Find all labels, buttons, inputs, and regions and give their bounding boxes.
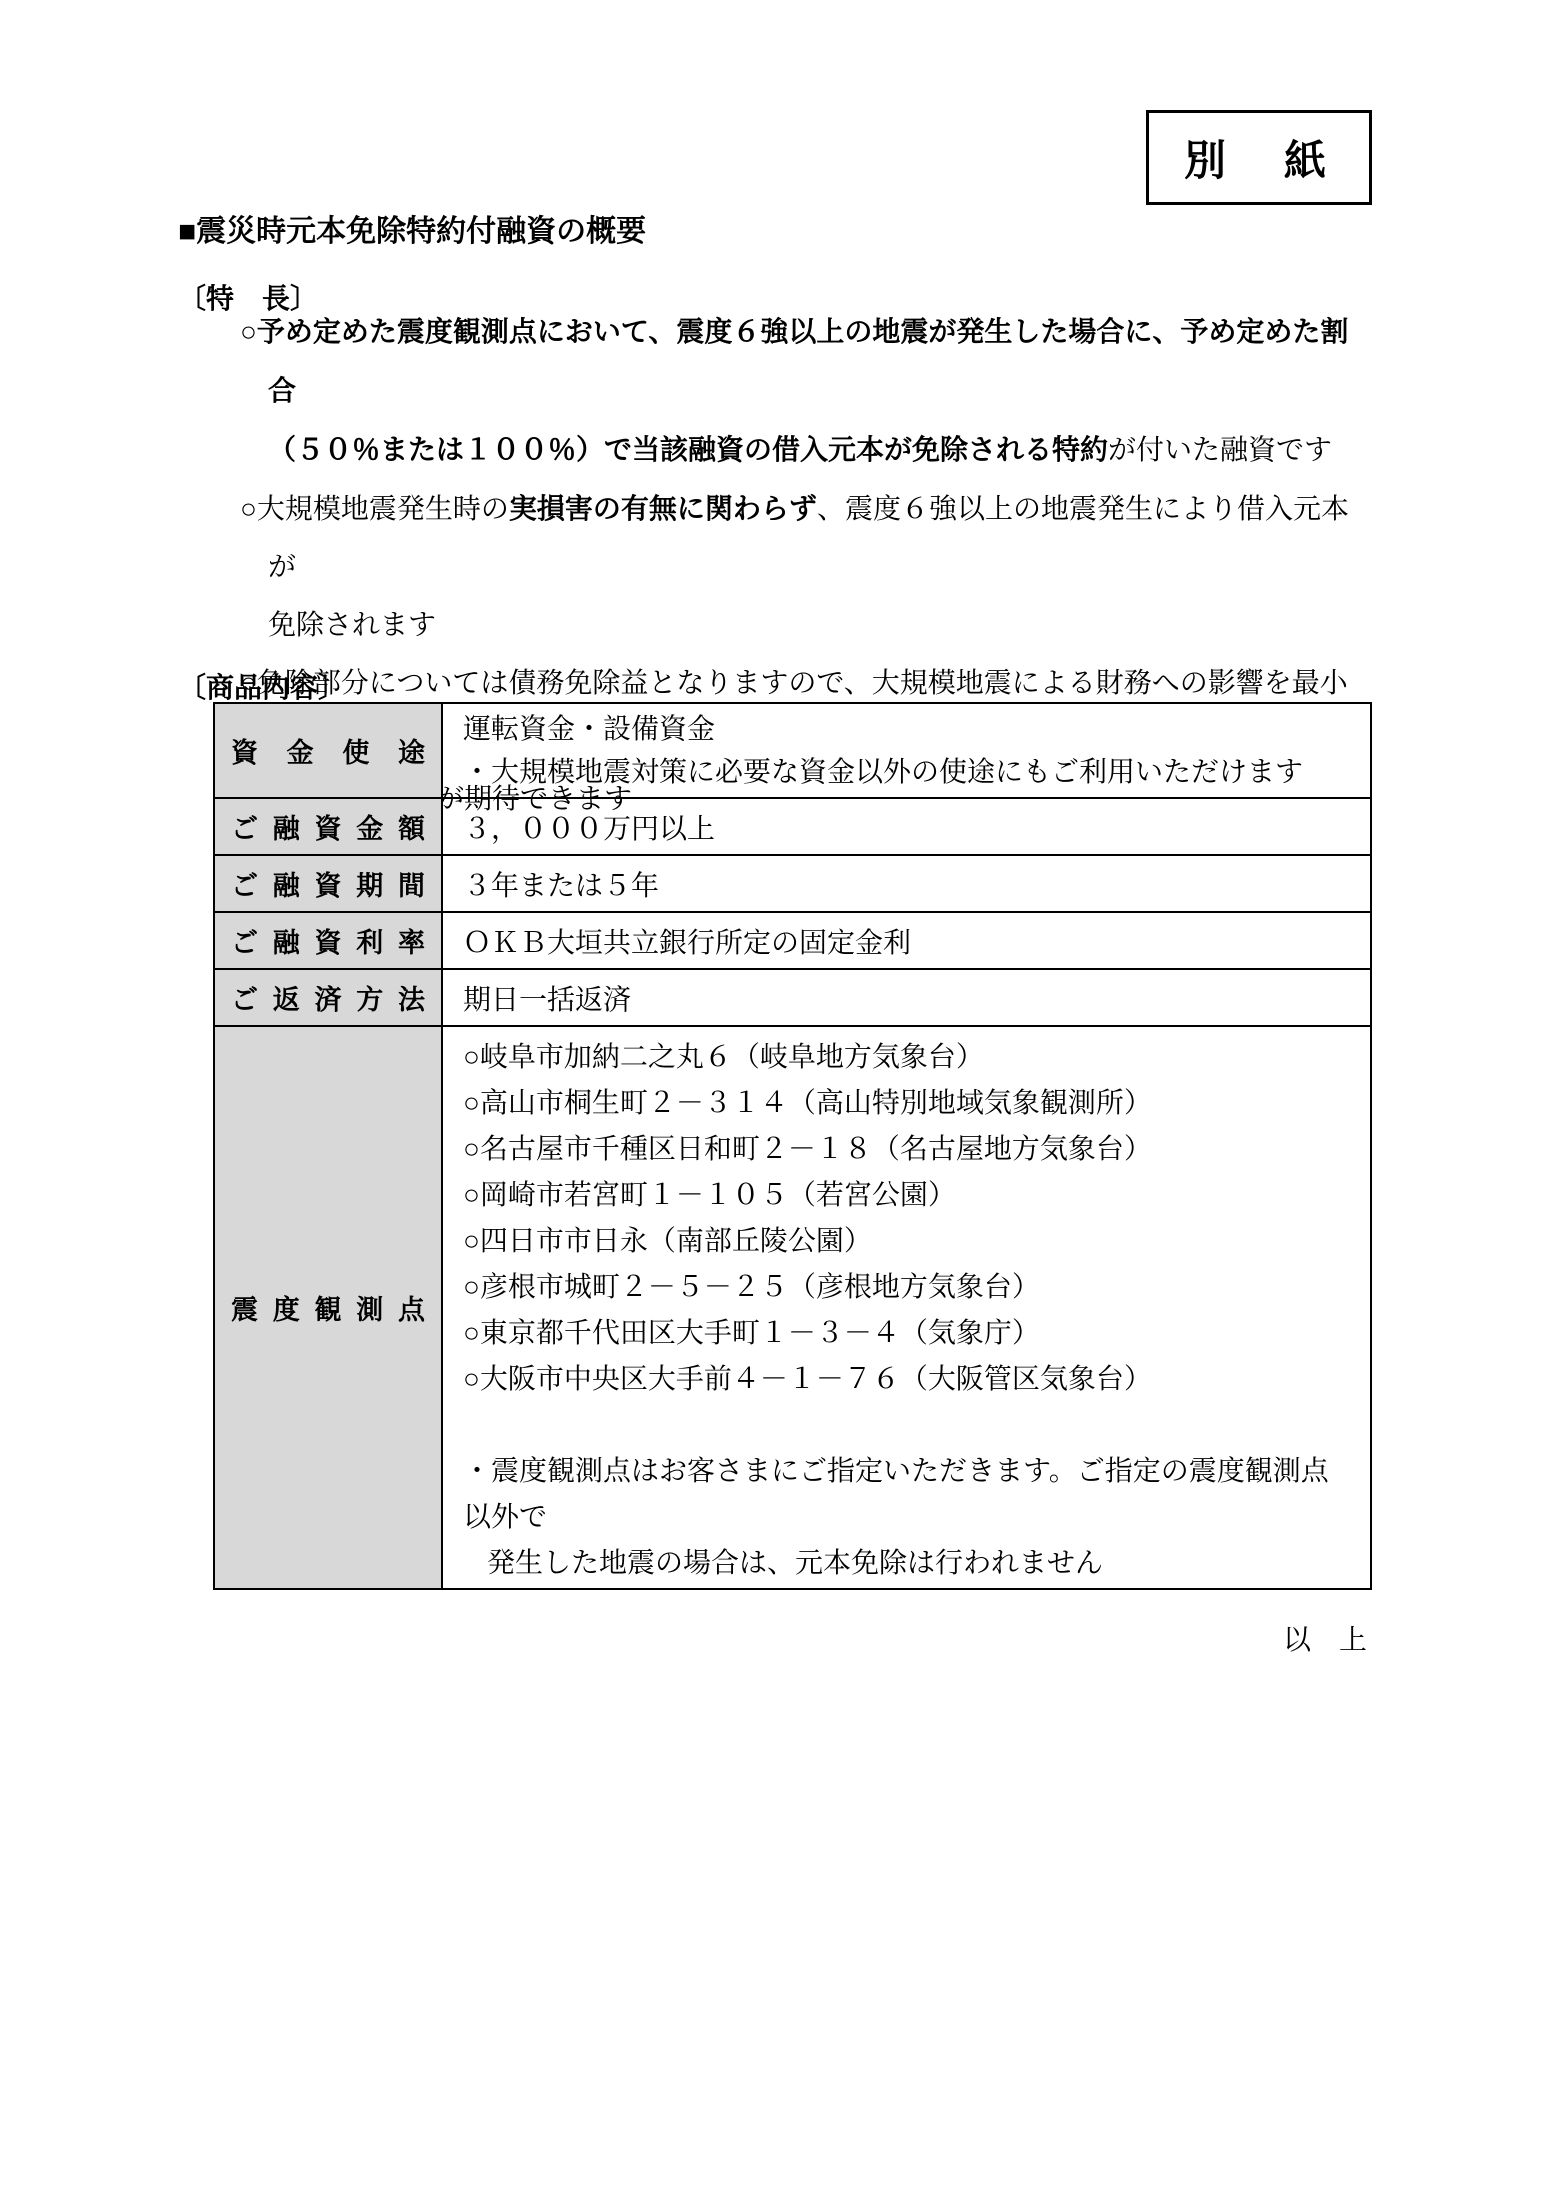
feature-text-segment: 実損害の有無に関わらず <box>509 493 817 524</box>
feature-text-segment: ○大規模地震発生時の <box>240 494 509 525</box>
row-value-rate: ＯＫＢ大垣共立銀行所定の固定金利 <box>442 912 1371 969</box>
observation-point: ○名古屋市千種区日和町２－１８（名古屋地方気象台） <box>463 1127 1354 1173</box>
observation-points-note: ・震度観測点はお客さまにご指定いただきます。ご指定の震度観測点以外で 発生した地… <box>463 1449 1354 1587</box>
feature-item-1: ○予め定めた震度観測点において、震度６強以上の地震が発生した場合に、予め定めた割… <box>240 303 1375 480</box>
row-value-amount: ３，０００万円以上 <box>442 798 1371 855</box>
table-row-usage: 資金使途 運転資金・設備資金 ・大規模地震対策に必要な資金以外の使途にもご利用い… <box>214 703 1371 798</box>
page-title: ■震災時元本免除特約付融資の概要 <box>178 206 646 250</box>
row-value-usage: 運転資金・設備資金 ・大規模地震対策に必要な資金以外の使途にもご利用いただけます <box>442 703 1371 798</box>
appendix-label: 別 紙 <box>1184 128 1334 188</box>
feature-text-segment: ○予め定めた震度観測点において、震度６強以上の地震が発生した場合に、予め定めた割… <box>240 316 1348 406</box>
table-row-amount: ご融資金額 ３，０００万円以上 <box>214 798 1371 855</box>
observation-point: ○岡崎市若宮町１－１０５（若宮公園） <box>463 1173 1354 1219</box>
feature-text-segment: が付いた融資です <box>1108 435 1332 466</box>
feature-text-segment: （５０％または１００％）で当該融資の借入元本が免除される特約 <box>268 434 1108 465</box>
product-table-container: 資金使途 運転資金・設備資金 ・大規模地震対策に必要な資金以外の使途にもご利用い… <box>213 702 1372 1590</box>
note-line: ・震度観測点はお客さまにご指定いただきます。ご指定の震度観測点以外で <box>463 1449 1354 1541</box>
feature-text-segment: 免除されます <box>268 610 436 641</box>
table-row-rate: ご融資利率 ＯＫＢ大垣共立銀行所定の固定金利 <box>214 912 1371 969</box>
document-page: 別 紙 ■震災時元本免除特約付融資の概要 〔特 長〕 ○予め定めた震度観測点にお… <box>0 0 1548 2194</box>
row-label-repayment: ご返済方法 <box>214 969 442 1026</box>
row-value-repayment: 期日一括返済 <box>442 969 1371 1026</box>
closing-text: 以 上 <box>1283 1618 1367 1658</box>
row-label-term: ご融資期間 <box>214 855 442 912</box>
row-label-usage: 資金使途 <box>214 703 442 798</box>
usage-line: 運転資金・設備資金 <box>463 708 1354 751</box>
observation-point: ○高山市桐生町２－３１４（高山特別地域気象観測所） <box>463 1081 1354 1127</box>
observation-point: ○東京都千代田区大手町１－３－４（気象庁） <box>463 1311 1354 1357</box>
row-value-observation-points: ○岐阜市加納二之丸６（岐阜地方気象台） ○高山市桐生町２－３１４（高山特別地域気… <box>442 1026 1371 1589</box>
table-row-repayment: ご返済方法 期日一括返済 <box>214 969 1371 1026</box>
feature-item-2: ○大規模地震発生時の実損害の有無に関わらず、震度６強以上の地震発生により借入元本… <box>240 480 1375 655</box>
table-row-term: ご融資期間 ３年または５年 <box>214 855 1371 912</box>
appendix-label-box: 別 紙 <box>1146 110 1372 205</box>
observation-point: ○彦根市城町２－５－２５（彦根地方気象台） <box>463 1265 1354 1311</box>
product-table: 資金使途 運転資金・設備資金 ・大規模地震対策に必要な資金以外の使途にもご利用い… <box>213 702 1372 1590</box>
row-label-rate: ご融資利率 <box>214 912 442 969</box>
note-line: 発生した地震の場合は、元本免除は行われません <box>463 1541 1354 1587</box>
product-heading: 〔商品内容〕 <box>178 666 346 706</box>
usage-line: ・大規模地震対策に必要な資金以外の使途にもご利用いただけます <box>463 751 1354 794</box>
row-label-amount: ご融資金額 <box>214 798 442 855</box>
observation-point: ○大阪市中央区大手前４－１－７６（大阪管区気象台） <box>463 1357 1354 1403</box>
row-value-term: ３年または５年 <box>442 855 1371 912</box>
table-row-observation-points: 震度観測点 ○岐阜市加納二之丸６（岐阜地方気象台） ○高山市桐生町２－３１４（高… <box>214 1026 1371 1589</box>
observation-point: ○岐阜市加納二之丸６（岐阜地方気象台） <box>463 1035 1354 1081</box>
row-label-observation-points: 震度観測点 <box>214 1026 442 1589</box>
observation-point: ○四日市市日永（南部丘陵公園） <box>463 1219 1354 1265</box>
